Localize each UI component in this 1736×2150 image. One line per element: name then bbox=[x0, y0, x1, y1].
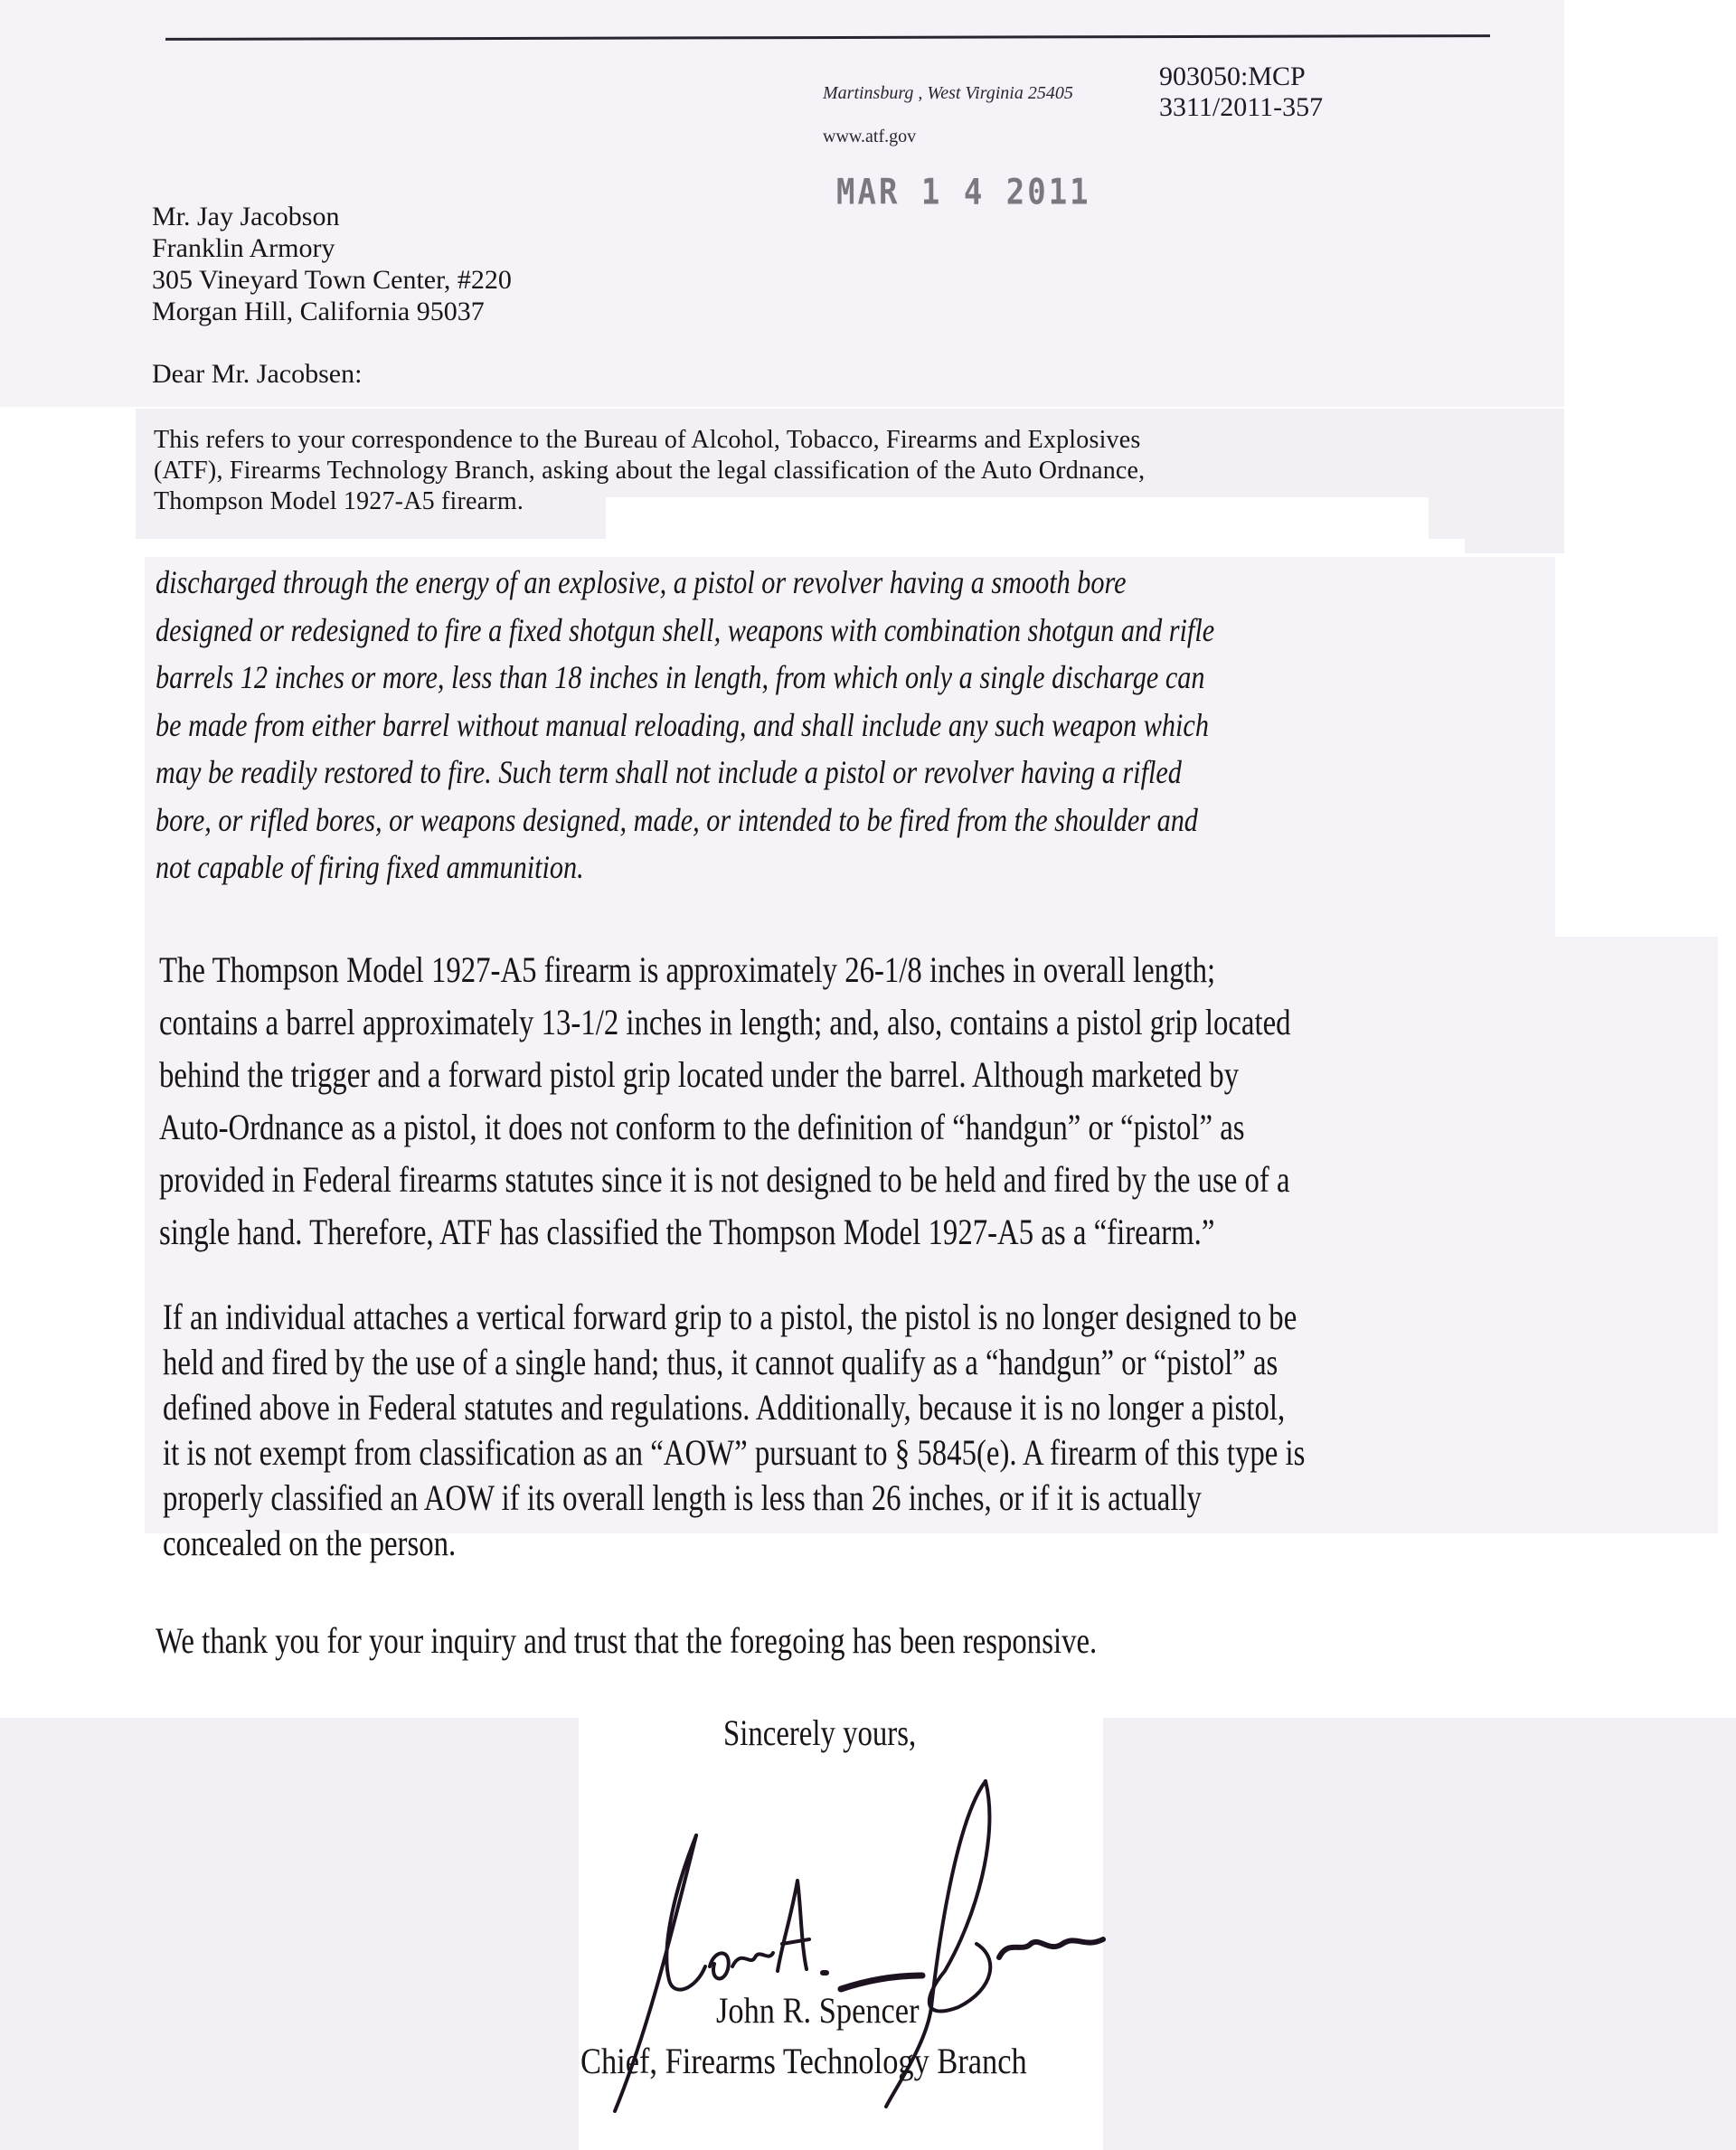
paragraph-line: defined above in Federal statutes and re… bbox=[163, 1385, 1305, 1430]
salutation: Dear Mr. Jacobsen: bbox=[152, 358, 362, 390]
forward-grip-paragraph: If an individual attaches a vertical for… bbox=[163, 1295, 1305, 1566]
paragraph-line: held and fired by the use of a single ha… bbox=[163, 1340, 1305, 1385]
paragraph-line: contains a barrel approximately 13-1/2 i… bbox=[159, 996, 1291, 1049]
recipient-address: Mr. Jay Jacobson Franklin Armory 305 Vin… bbox=[152, 201, 512, 327]
recipient-name: Mr. Jay Jacobson bbox=[152, 201, 512, 232]
thompson-paragraph: The Thompson Model 1927-A5 firearm is ap… bbox=[159, 944, 1291, 1259]
paragraph-line: bore, or rifled bores, or weapons design… bbox=[156, 797, 1214, 844]
reference-code-1: 903050:MCP bbox=[1159, 61, 1306, 92]
paragraph-line: not capable of firing fixed ammunition. bbox=[156, 844, 1214, 891]
intro-paragraph: This refers to your correspondence to th… bbox=[154, 425, 1145, 517]
paragraph-line: may be readily restored to fire. Such te… bbox=[156, 749, 1214, 797]
paragraph-line: Thompson Model 1927-A5 firearm. bbox=[154, 486, 1145, 517]
letterhead-website: www.atf.gov bbox=[823, 127, 916, 147]
paragraph-line: Auto-Ordnance as a pistol, it does not c… bbox=[159, 1101, 1291, 1154]
paragraph-line: barrels 12 inches or more, less than 18 … bbox=[156, 654, 1214, 702]
date-stamp: MAR 1 4 2011 bbox=[836, 172, 1091, 213]
signer-title: Chief, Firearms Technology Branch bbox=[580, 2040, 1027, 2082]
recipient-company: Franklin Armory bbox=[152, 232, 512, 264]
paragraph-line: discharged through the energy of an expl… bbox=[156, 559, 1214, 607]
signer-name: John R. Spencer bbox=[716, 1989, 920, 2032]
recipient-street: 305 Vineyard Town Center, #220 bbox=[152, 264, 512, 296]
paragraph-line: behind the trigger and a forward pistol … bbox=[159, 1049, 1291, 1101]
paragraph-line: concealed on the person. bbox=[163, 1521, 1305, 1566]
paragraph-line: This refers to your correspondence to th… bbox=[154, 425, 1145, 456]
letterhead-city: Martinsburg , West Virginia 25405 bbox=[823, 83, 1073, 104]
closing-paragraph: We thank you for your inquiry and trust … bbox=[156, 1618, 1097, 1664]
reference-code-2: 3311/2011-357 bbox=[1159, 92, 1323, 123]
paragraph-line: be made from either barrel without manua… bbox=[156, 702, 1214, 750]
valediction: Sincerely yours, bbox=[723, 1711, 916, 1756]
definition-paragraph: discharged through the energy of an expl… bbox=[156, 559, 1214, 891]
paragraph-line: properly classified an AOW if its overal… bbox=[163, 1476, 1305, 1521]
paragraph-line: The Thompson Model 1927-A5 firearm is ap… bbox=[159, 944, 1291, 996]
paragraph-line: (ATF), Firearms Technology Branch, askin… bbox=[154, 456, 1145, 486]
paragraph-line: designed or redesigned to fire a fixed s… bbox=[156, 607, 1214, 655]
recipient-city: Morgan Hill, California 95037 bbox=[152, 296, 512, 327]
paragraph-line: If an individual attaches a vertical for… bbox=[163, 1295, 1305, 1340]
footer-paper-left bbox=[0, 1718, 579, 2150]
paragraph-line: single hand. Therefore, ATF has classifi… bbox=[159, 1206, 1291, 1259]
paragraph-line: provided in Federal firearms statutes si… bbox=[159, 1154, 1291, 1206]
paragraph-line: it is not exempt from classification as … bbox=[163, 1430, 1305, 1476]
